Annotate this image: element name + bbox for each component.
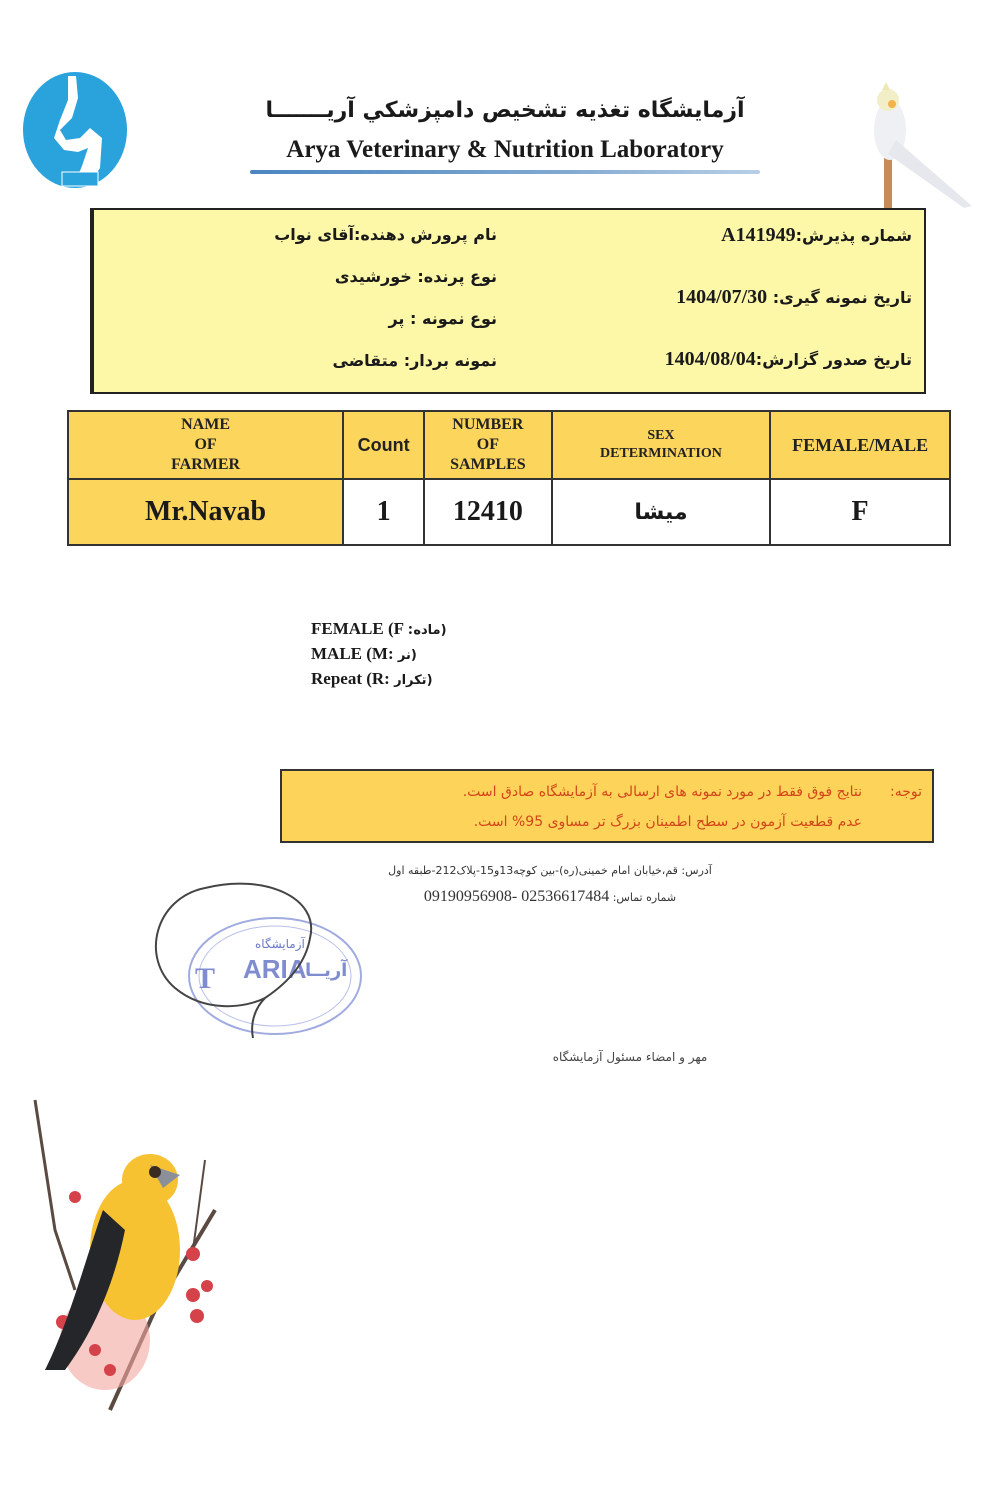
sampling-date-row: تاریخ نمونه گیری: 1404/07/30	[521, 278, 912, 340]
phone-label: شماره تماس:	[613, 891, 676, 904]
finch-illustration	[15, 1090, 220, 1425]
sampler-value: متقاضی	[333, 351, 399, 370]
bird-type-row: نوع پرنده: خورشیدی	[106, 258, 497, 300]
bird-type-value: خورشیدی	[335, 267, 412, 286]
lab-logo-icon	[20, 68, 130, 193]
phone-numbers: 02536617484 -09190956908	[424, 888, 609, 905]
sample-type-value: پر	[388, 309, 404, 328]
breeder-name-value: آقای نواب	[274, 225, 354, 244]
col-header-female-male: FEMALE/MALE	[770, 411, 950, 479]
report-date-row: تاریخ صدور گزارش:1404/08/04	[521, 340, 912, 402]
svg-text:آزمایشگاه: آزمایشگاه	[255, 936, 305, 952]
legend-repeat: Repeat (R: تکرار)	[311, 667, 447, 692]
col-header-count: Count	[343, 411, 424, 479]
sample-type-row: نوع نمونه : پر	[106, 300, 497, 342]
lab-title-english: Arya Veterinary & Nutrition Laboratory	[250, 136, 760, 164]
cell-result: F	[770, 479, 950, 545]
admission-number-label: شماره پذیرش:	[796, 226, 912, 245]
note-line-2: عدم قطعیت آزمون در سطح اطمینان بزرگ تر م…	[292, 814, 862, 830]
cell-number-of-samples: 12410	[424, 479, 552, 545]
report-date-label: تاریخ صدور گزارش:	[756, 350, 912, 369]
note-label: توجه:	[862, 784, 922, 800]
sample-info-box: نام پرورش دهنده:آقای نواب نوع پرنده: خور…	[90, 208, 926, 394]
note-box: توجه: نتایج فوق فقط در مورد نمونه های ار…	[280, 769, 934, 843]
table-header-row: NAME OF FARMER Count NUMBER OF SAMPLES S…	[68, 411, 950, 479]
table-row: Mr.Navab 1 12410 میشا F	[68, 479, 950, 545]
results-table: NAME OF FARMER Count NUMBER OF SAMPLES S…	[67, 410, 951, 546]
sampling-date-value: 1404/07/30	[676, 286, 767, 308]
col-header-farmer-name: NAME OF FARMER	[68, 411, 343, 479]
col-header-sex-determination: SEX DETERMINATION	[552, 411, 770, 479]
note-line-1: نتایج فوق فقط در مورد نمونه های ارسالی ب…	[292, 784, 862, 800]
breeder-info: نام پرورش دهنده:آقای نواب نوع پرنده: خور…	[92, 210, 509, 392]
cell-count: 1	[343, 479, 424, 545]
title-underline	[250, 170, 760, 174]
sample-type-label: نوع نمونه :	[410, 309, 497, 328]
sampler-row: نمونه بردار: متقاضی	[106, 342, 497, 384]
lab-stamp-signature: آزمایشگاه ARIA آریــا T	[145, 878, 370, 1043]
phone-line: شماره تماس: 02536617484 -09190956908	[340, 884, 760, 911]
cockatiel-image	[860, 80, 978, 212]
cell-sex-determination: میشا	[552, 479, 770, 545]
signature-label: مهر و امضاء مسئول آزمایشگاه	[540, 1050, 720, 1064]
col-header-number-of-samples: NUMBER OF SAMPLES	[424, 411, 552, 479]
lab-title-persian: آزمايشگاه تغذيه تشخيص دامپزشكي آريــــــ…	[250, 98, 760, 123]
bird-type-label: نوع پرنده:	[417, 267, 497, 286]
admission-number-row: شماره پذیرش:A141949	[521, 216, 912, 278]
report-info: شماره پذیرش:A141949 تاریخ نمونه گیری: 14…	[509, 210, 924, 392]
breeder-name-label: نام پرورش دهنده:	[354, 225, 497, 244]
note-row-1: توجه: نتایج فوق فقط در مورد نمونه های ار…	[292, 777, 922, 807]
sampling-date-label: تاریخ نمونه گیری:	[773, 288, 912, 307]
svg-text:T: T	[195, 962, 215, 995]
address-line: آدرس: قم،خیابان امام خمینی(ره)-بین کوچه1…	[340, 858, 760, 884]
admission-number-value: A141949	[721, 224, 795, 246]
svg-text:آریــا: آریــا	[305, 958, 348, 981]
note-row-2: عدم قطعیت آزمون در سطح اطمینان بزرگ تر م…	[292, 807, 922, 837]
legend-male: MALE (M: نر)	[311, 642, 447, 667]
legend-female: FEMALE (F :ماده)	[311, 617, 447, 642]
breeder-name-row: نام پرورش دهنده:آقای نواب	[106, 216, 497, 258]
sampler-label: نمونه بردار:	[404, 351, 497, 370]
lab-address: آدرس: قم،خیابان امام خمینی(ره)-بین کوچه1…	[340, 858, 760, 911]
cell-farmer-name: Mr.Navab	[68, 479, 343, 545]
report-date-value: 1404/08/04	[665, 348, 756, 370]
result-legend: FEMALE (F :ماده) MALE (M: نر) Repeat (R:…	[311, 617, 447, 692]
